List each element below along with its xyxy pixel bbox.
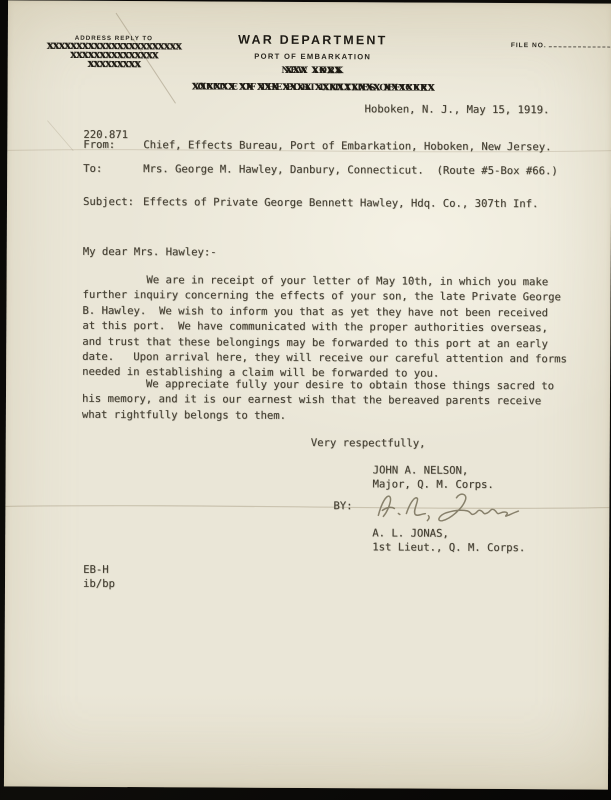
file-number-field: FILE NO. <box>511 32 611 52</box>
by-label: BY: <box>333 499 352 515</box>
to-value: Mrs. George M. Hawley, Danbury, Connecti… <box>143 162 558 180</box>
letter-paper: ADDRESS REPLY TO XXXXXXXXXXXXXXXXXXXXXXX… <box>4 0 611 789</box>
subject-value: Effects of Private George Bennett Hawley… <box>143 195 539 212</box>
struck-city-line: NEW YORK XXX XXXX <box>158 65 468 77</box>
valediction: Very respectfully, <box>311 436 426 452</box>
file-no-blank-line <box>549 39 611 47</box>
from-label: From: <box>83 138 143 154</box>
department-title: WAR DEPARTMENT <box>158 32 468 48</box>
subject-label: Subject: <box>83 195 143 211</box>
from-value: Chief, Effects Bureau, Port of Embarkati… <box>143 138 551 156</box>
file-no-label: FILE NO. <box>511 42 547 49</box>
struck-city-x-overlay: XXX XXXX <box>158 66 468 78</box>
from-field: From: Chief, Effects Bureau, Port of Emb… <box>83 138 583 156</box>
struck-office-line: OFFICE OF THE PORT UTILITIES OFFICER XXX… <box>158 82 468 94</box>
to-field: To: Mrs. George M. Hawley, Danbury, Conn… <box>83 162 583 180</box>
body-paragraph-1: We are in receipt of your letter of May … <box>82 273 588 383</box>
typist-initials: ib/bp <box>83 577 115 593</box>
struck-office-x-overlay: XXXXXX XX XXX XXXX XXXXXXXXX XXXXXXX <box>158 82 468 94</box>
department-subtitle: PORT OF EMBARKATION <box>158 51 468 62</box>
salutation: My dear Mrs. Hawley:- <box>83 245 217 261</box>
subject-field: Subject: Effects of Private George Benne… <box>83 195 583 213</box>
signature-autograph <box>370 488 530 527</box>
body-paragraph-2: We appreciate fully your desire to obtai… <box>82 377 587 426</box>
letterhead-header: WAR DEPARTMENT PORT OF EMBARKATION NEW Y… <box>158 32 468 93</box>
deputy-title: 1st Lieut., Q. M. Corps. <box>372 540 525 556</box>
scan-background: ADDRESS REPLY TO XXXXXXXXXXXXXXXXXXXXXXX… <box>0 0 611 800</box>
dateline: Hoboken, N. J., May 15, 1919. <box>364 102 549 118</box>
to-label: To: <box>83 162 143 178</box>
